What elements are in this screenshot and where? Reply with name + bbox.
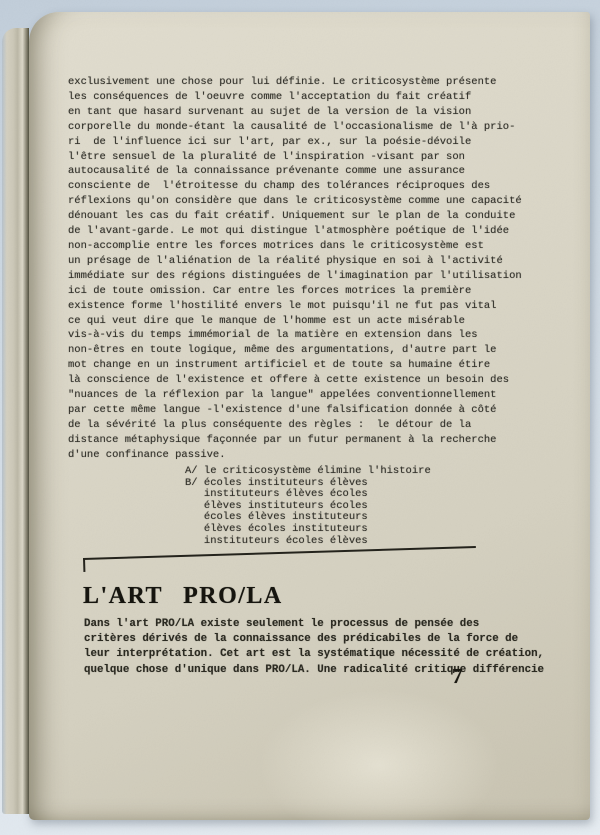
text-line: consciente de l'étroitesse du champ des … xyxy=(68,179,522,194)
text-line: en tant que hasard survenant au sujet de… xyxy=(68,105,522,120)
paper-highlight xyxy=(259,690,499,835)
text-line: réflexions qu'on considère que dans le c… xyxy=(68,194,522,209)
text-line: non-êtres en toute logique, même des arg… xyxy=(68,343,522,358)
photo-backdrop: exclusivement une chose pour lui définie… xyxy=(0,0,600,835)
text-line: ici de toute omission. Car entre les for… xyxy=(68,284,522,299)
text-line: autocausalité de la connaissance prévena… xyxy=(68,164,522,179)
text-line: dénouant les cas du fait créatif. Unique… xyxy=(68,209,522,224)
main-paragraph: exclusivement une chose pour lui définie… xyxy=(68,75,522,463)
book-spine-edge xyxy=(2,28,29,814)
text-line: les conséquences de l'oeuvre comme l'acc… xyxy=(68,90,522,105)
text-line: l'être sensuel de la pluralité de l'insp… xyxy=(68,150,522,165)
text-line: ri de l'influence ici sur l'art, par ex.… xyxy=(68,135,522,150)
text-line: non-accomplie entre les forces motrices … xyxy=(68,239,522,254)
book-page: exclusivement une chose pour lui définie… xyxy=(29,12,590,820)
text-line: existence forme l'hostilité envers le mo… xyxy=(68,299,522,314)
text-line: quelque chose d'unique dans PRO/LA. Une … xyxy=(84,663,544,678)
text-line: exclusivement une chose pour lui définie… xyxy=(68,75,522,90)
list-line: instituteurs écoles élèves xyxy=(185,536,431,548)
section-heading: L'ART PRO/LA xyxy=(83,583,283,610)
text-line: un présage de l'aliénation de la réalité… xyxy=(68,254,522,269)
text-line: leur interprétation. Cet art est la syst… xyxy=(84,647,544,662)
text-line: d'une confinance passive. xyxy=(68,448,522,463)
text-line: là conscience de l'existence et offere à… xyxy=(68,373,522,388)
text-line: mot change en un instrument artificiel e… xyxy=(68,358,522,373)
text-line: corporelle du monde-étant la causalité d… xyxy=(68,120,522,135)
divider-line xyxy=(83,546,476,560)
list-line: élèves écoles instituteurs xyxy=(185,524,431,536)
divider-left-tick xyxy=(83,558,85,572)
text-line: ce qui veut dire que le manque de l'homm… xyxy=(68,314,522,329)
text-line: distance métaphysique façonnée par un fu… xyxy=(68,433,522,448)
section-divider xyxy=(83,546,476,573)
text-line: vis-à-vis du temps immémorial de la mati… xyxy=(68,328,522,343)
list-line: A/ le criticosystème élimine l'histoire xyxy=(185,466,431,478)
page-number: 7 xyxy=(452,664,463,689)
text-line: de la sévérité la plus conséquente des r… xyxy=(68,418,522,433)
text-line: Dans l'art PRO/LA existe seulement le pr… xyxy=(84,617,544,632)
text-line: immédiate sur des régions distinguées de… xyxy=(68,269,522,284)
text-line: de l'avant-garde. Le mot qui distingue l… xyxy=(68,224,522,239)
text-line: "nuances de la réflexion par la langue" … xyxy=(68,388,522,403)
text-line: par cette même langue -l'existence d'une… xyxy=(68,403,522,418)
text-line: critères dérivés de la connaissance des … xyxy=(84,632,544,647)
permutation-list: A/ le criticosystème élimine l'histoireB… xyxy=(185,466,431,547)
section-paragraph: Dans l'art PRO/LA existe seulement le pr… xyxy=(84,617,544,678)
